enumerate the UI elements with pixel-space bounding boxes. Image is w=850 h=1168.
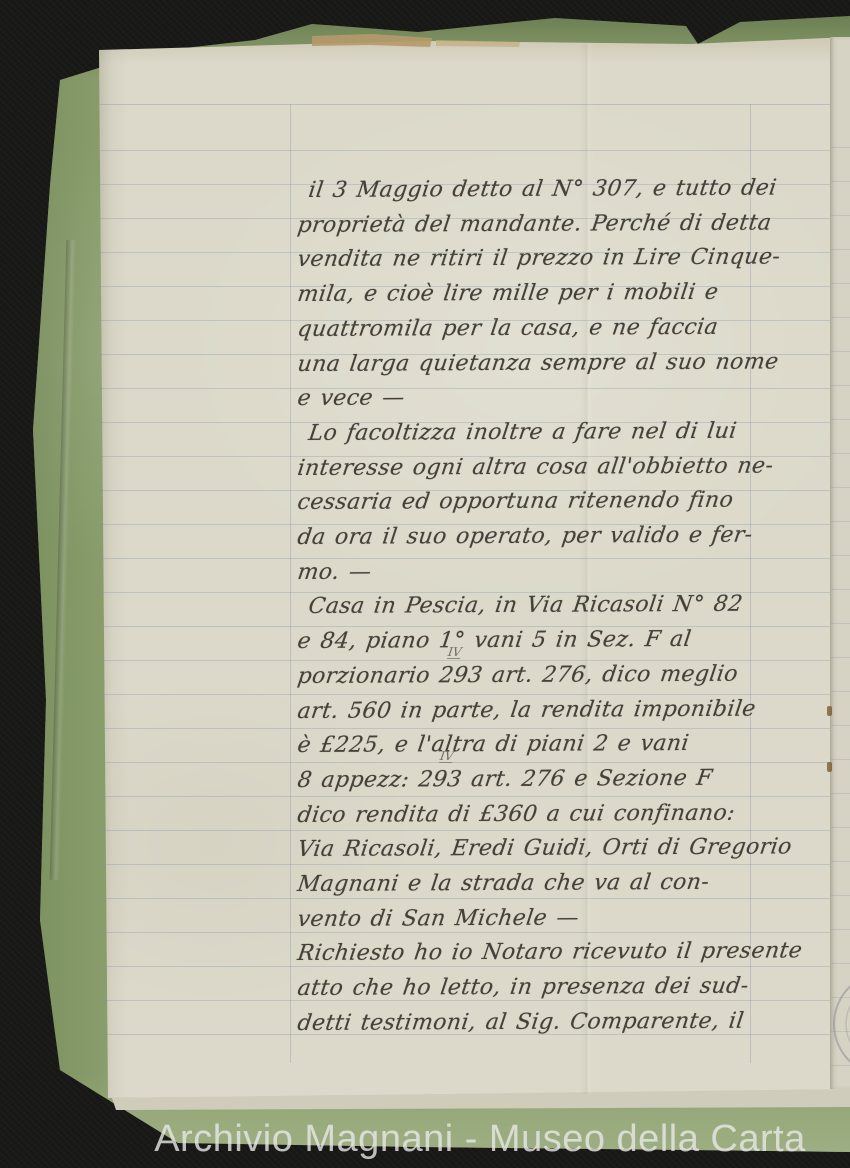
handwritten-line: è £225, e l'altra di piani 2 e vani [295,728,780,765]
handwritten-line: dico rendita di £360 a cui confinano: [295,798,780,835]
handwritten-line: interesse ogni altra cosa all'obbietto n… [295,451,780,488]
handwritten-line: e vece — [295,381,780,418]
handwritten-line: il 3 Maggio detto al N° 307, e tutto dei [306,173,791,210]
handwritten-line: Casa in Pescia, in Via Ricasoli N° 82 [306,589,791,626]
handwritten-line: Via Ricasoli, Eredi Guidi, Orti di Grego… [295,832,780,869]
handwritten-line: da ora il suo operato, per valido e fer- [295,520,780,557]
margin-line-left [290,104,291,1063]
handwritten-line: vento di San Michele — [295,902,780,939]
handwritten-line: cessaria ed opportuna ritenendo fino [295,485,780,522]
stitch-mark [827,706,832,716]
stitch-mark [827,762,832,772]
handwritten-line: mila, e cioè lire mille per i mobili e [295,277,780,314]
pencil-annotation: IV [447,646,462,659]
handwritten-line: Lo facoltizza inoltre a fare nel di lui [306,416,791,453]
archive-stamp [818,966,850,1086]
handwritten-line: e 84, piano 1° vani 5 in Sez. F al [295,624,780,661]
scanned-archive-photo: { "watermark": { "text": "Archivio Magna… [0,0,850,1168]
ruled-header-line [100,104,830,105]
handwritten-line: vendita ne ritiri il prezzo in Lire Cinq… [295,242,780,279]
pencil-annotation: IV [439,750,454,763]
handwritten-line: porzionario 293 art. 276, dico meglio [295,659,780,696]
handwritten-line: proprietà del mandante. Perché di detta [295,208,780,245]
watermark-text: Archivio Magnani - Museo della Carta [110,1118,850,1161]
handwritten-line: art. 560 in parte, la rendita imponibile [295,694,780,731]
handwritten-line: detti testimoni, al Sig. Comparente, il [295,1006,780,1043]
ruled-lines-facing-leaf [831,147,850,1067]
binding-fold [830,37,850,1089]
handwritten-line: atto che ho letto, in presenza dei sud- [295,971,780,1008]
handwritten-line: quattromila per la casa, e ne faccia [295,312,780,349]
handwritten-line: una larga quietanza sempre al suo nome [295,347,780,384]
handwritten-line: Magnani e la strada che va al con- [295,867,780,904]
handwritten-line: 8 appezz: 293 art. 276 e Sezione F [295,763,780,800]
handwritten-line: Richiesto ho io Notaro ricevuto il prese… [295,936,780,973]
handwritten-line: mo. — [295,555,780,592]
